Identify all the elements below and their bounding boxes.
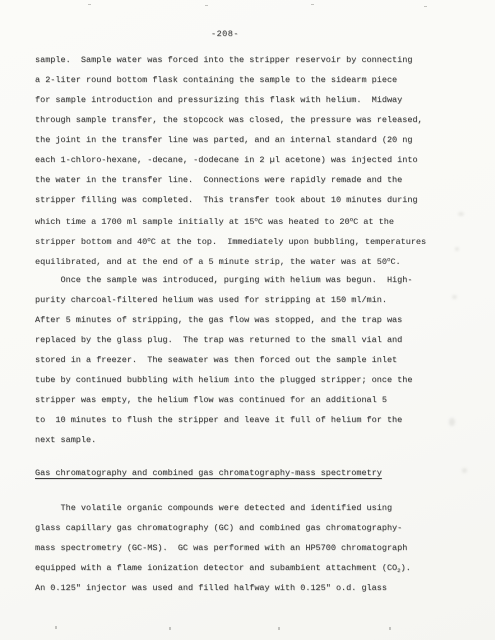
text-line: After 5 minutes of stripping, the gas fl… [35,310,480,330]
text-line: Gas chromatography and combined gas chro… [35,463,480,483]
scan-artifact-smudge [452,295,457,299]
text-line: next sample. [35,430,480,450]
scan-artifact-mark [55,626,57,629]
text-line: each 1-chloro-hexane, -decane, -dodecane… [35,150,480,170]
text-line: a 2-liter round bottom flask containing … [35,70,480,90]
text-line: the joint in the transfer line was parte… [35,130,480,150]
text-line: mass spectrometry (GC-MS). GC was perfor… [35,538,480,558]
scan-artifact-mark [278,627,280,630]
scan-artifact-mark [389,627,391,630]
text-line: stored in a freezer. The seawater was th… [35,350,480,370]
text-line: purity charcoal-filtered helium was used… [35,290,480,310]
text-line: sample. Sample water was forced into the… [35,50,480,70]
scanned-document-page: -208- sample. Sample water was forced in… [0,0,495,640]
paragraph: sample. Sample water was forced into the… [35,50,480,270]
section-heading: Gas chromatography and combined gas chro… [35,463,480,483]
text-line: tube by continued bubbling with helium i… [35,370,480,390]
paragraph: The volatile organic compounds were dete… [35,498,480,598]
text-line: through sample transfer, the stopcock wa… [35,110,480,130]
text-line: equipped with a flame ionization detecto… [35,558,480,578]
scan-artifact-mark [424,6,427,7]
document-body: sample. Sample water was forced into the… [35,50,480,598]
text-line: stripper filling was completed. This tra… [35,190,480,210]
scan-artifact-mark [311,4,314,5]
scan-artifact-smudge [462,468,467,473]
text-line: the water in the transfer line. Connecti… [35,170,480,190]
text-line: equilibrated, and at the end of a 5 minu… [35,250,480,270]
text-line: glass capillary gas chromatography (GC) … [35,518,480,538]
text-line: stripper was empty, the helium flow was … [35,390,480,410]
page-number: -208- [35,29,415,39]
scan-artifact-mark [205,5,208,6]
text-line: Once the sample was introduced, purging … [35,270,480,290]
scan-artifact-smudge [449,418,455,426]
text-line: replaced by the glass plug. The trap was… [35,330,480,350]
paragraph: Once the sample was introduced, purging … [35,270,480,450]
text-line: which time a 1700 ml sample initially at… [35,210,480,230]
text-line: stripper bottom and 40oC at the top. Imm… [35,230,480,250]
scan-artifact-mark [169,627,171,630]
text-line: The volatile organic compounds were dete… [35,498,480,518]
text-line: An 0.125" injector was used and filled h… [35,578,480,598]
scan-artifact-smudge [455,247,459,251]
text-line: for sample introduction and pressurizing… [35,90,480,110]
scan-artifact-smudge [458,212,464,216]
text-line: to 10 minutes to flush the stripper and … [35,410,480,430]
scan-artifact-mark [88,4,91,5]
